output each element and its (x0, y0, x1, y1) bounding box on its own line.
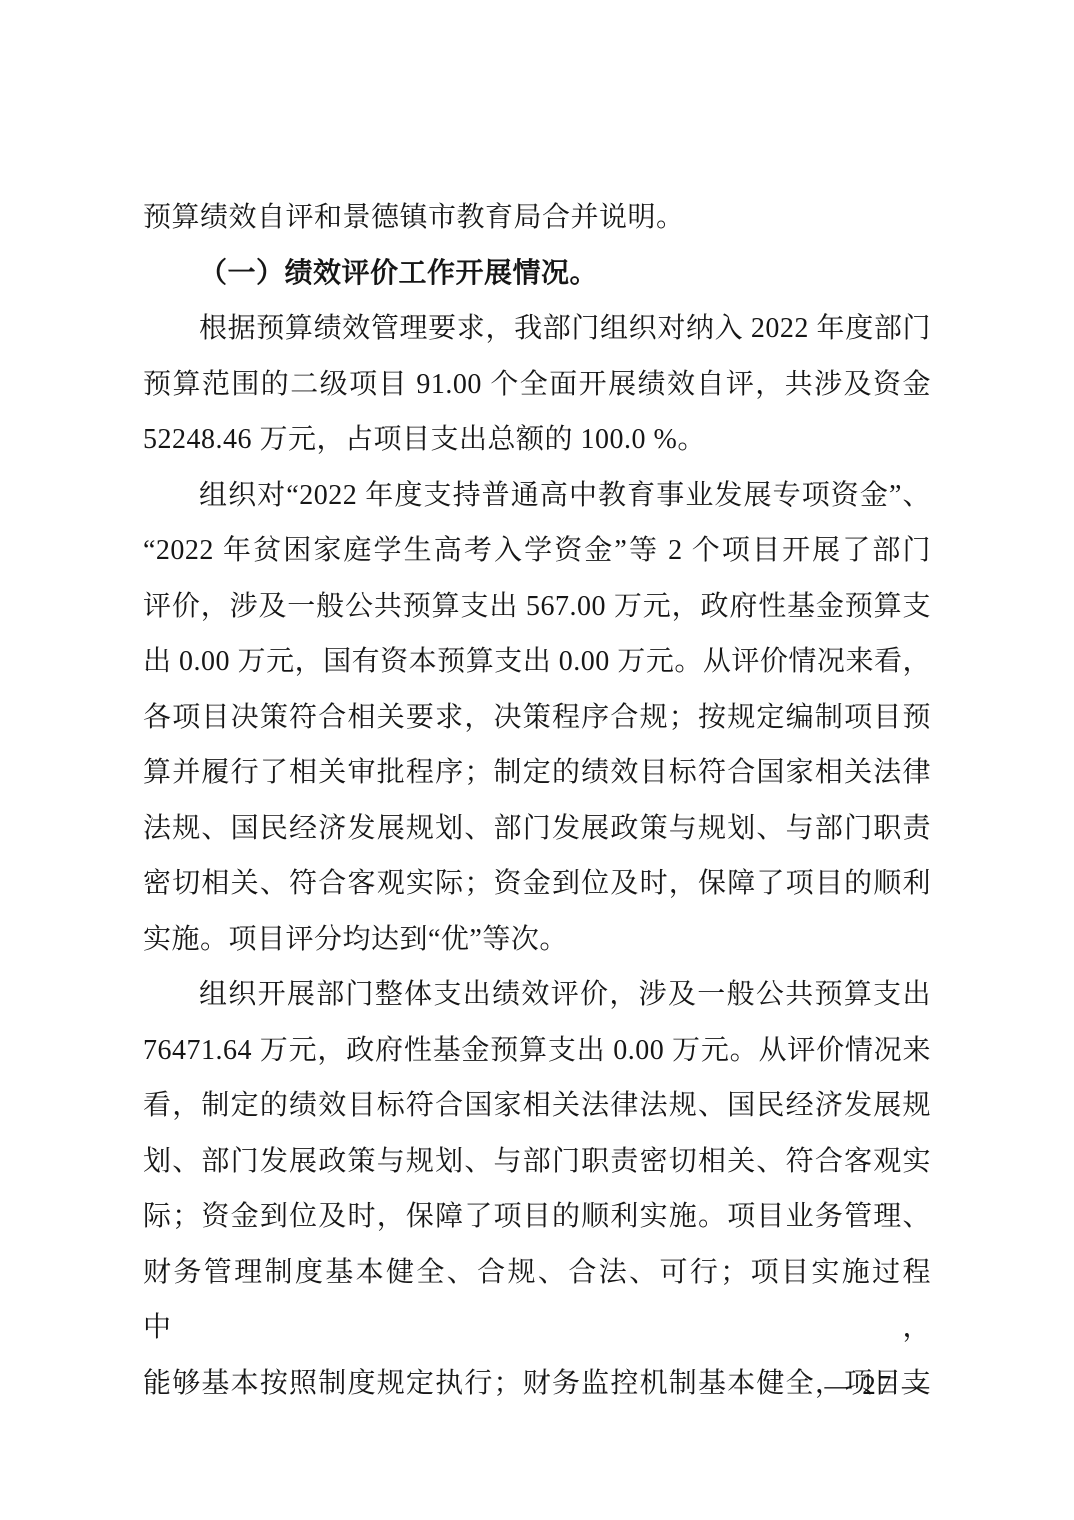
text-line: 际；资金到位及时，保障了项目的顺利实施。项目业务管理、 (143, 1189, 931, 1245)
text-line: 算并履行了相关审批程序；制定的绩效目标符合国家相关法律 (143, 745, 931, 801)
text-line: 预算范围的二级项目 91.00 个全面开展绩效自评，共涉及资金 (143, 357, 931, 413)
document-page: 预算绩效自评和景德镇市教育局合并说明。（一）绩效评价工作开展情况。根据预算绩效管… (0, 0, 1074, 1520)
text-line: 预算绩效自评和景德镇市教育局合并说明。 (143, 190, 931, 246)
text-line: 出 0.00 万元，国有资本预算支出 0.00 万元。从评价情况来看， (143, 634, 931, 690)
text-line: 能够基本按照制度规定执行；财务监控机制基本健全，项目支 (143, 1356, 931, 1412)
text-line: 组织开展部门整体支出绩效评价，涉及一般公共预算支出 (143, 967, 931, 1023)
text-line: 评价，涉及一般公共预算支出 567.00 万元，政府性基金预算支 (143, 579, 931, 635)
text-line: 根据预算绩效管理要求，我部门组织对纳入 2022 年度部门 (143, 301, 931, 357)
section-heading: （一）绩效评价工作开展情况。 (143, 246, 931, 302)
text-line: “2022 年贫困家庭学生高考入学资金”等 2 个项目开展了部门 (143, 523, 931, 579)
text-line: 划、部门发展政策与规划、与部门职责密切相关、符合客观实 (143, 1134, 931, 1190)
text-line: 组织对“2022 年度支持普通高中教育事业发展专项资金”、 (143, 468, 931, 524)
page-number: — 27 — (825, 1368, 932, 1402)
text-line: 76471.64 万元，政府性基金预算支出 0.00 万元。从评价情况来 (143, 1023, 931, 1079)
text-line: 52248.46 万元，占项目支出总额的 100.0 %。 (143, 412, 931, 468)
text-line: 实施。项目评分均达到“优”等次。 (143, 912, 931, 968)
body-text: 预算绩效自评和景德镇市教育局合并说明。（一）绩效评价工作开展情况。根据预算绩效管… (143, 190, 931, 1411)
text-line: 各项目决策符合相关要求，决策程序合规；按规定编制项目预 (143, 690, 931, 746)
text-line: 法规、国民经济发展规划、部门发展政策与规划、与部门职责 (143, 801, 931, 857)
text-line: 财务管理制度基本健全、合规、合法、可行；项目实施过程中， (143, 1245, 931, 1356)
text-line: 密切相关、符合客观实际；资金到位及时，保障了项目的顺利 (143, 856, 931, 912)
text-line: 看，制定的绩效目标符合国家相关法律法规、国民经济发展规 (143, 1078, 931, 1134)
